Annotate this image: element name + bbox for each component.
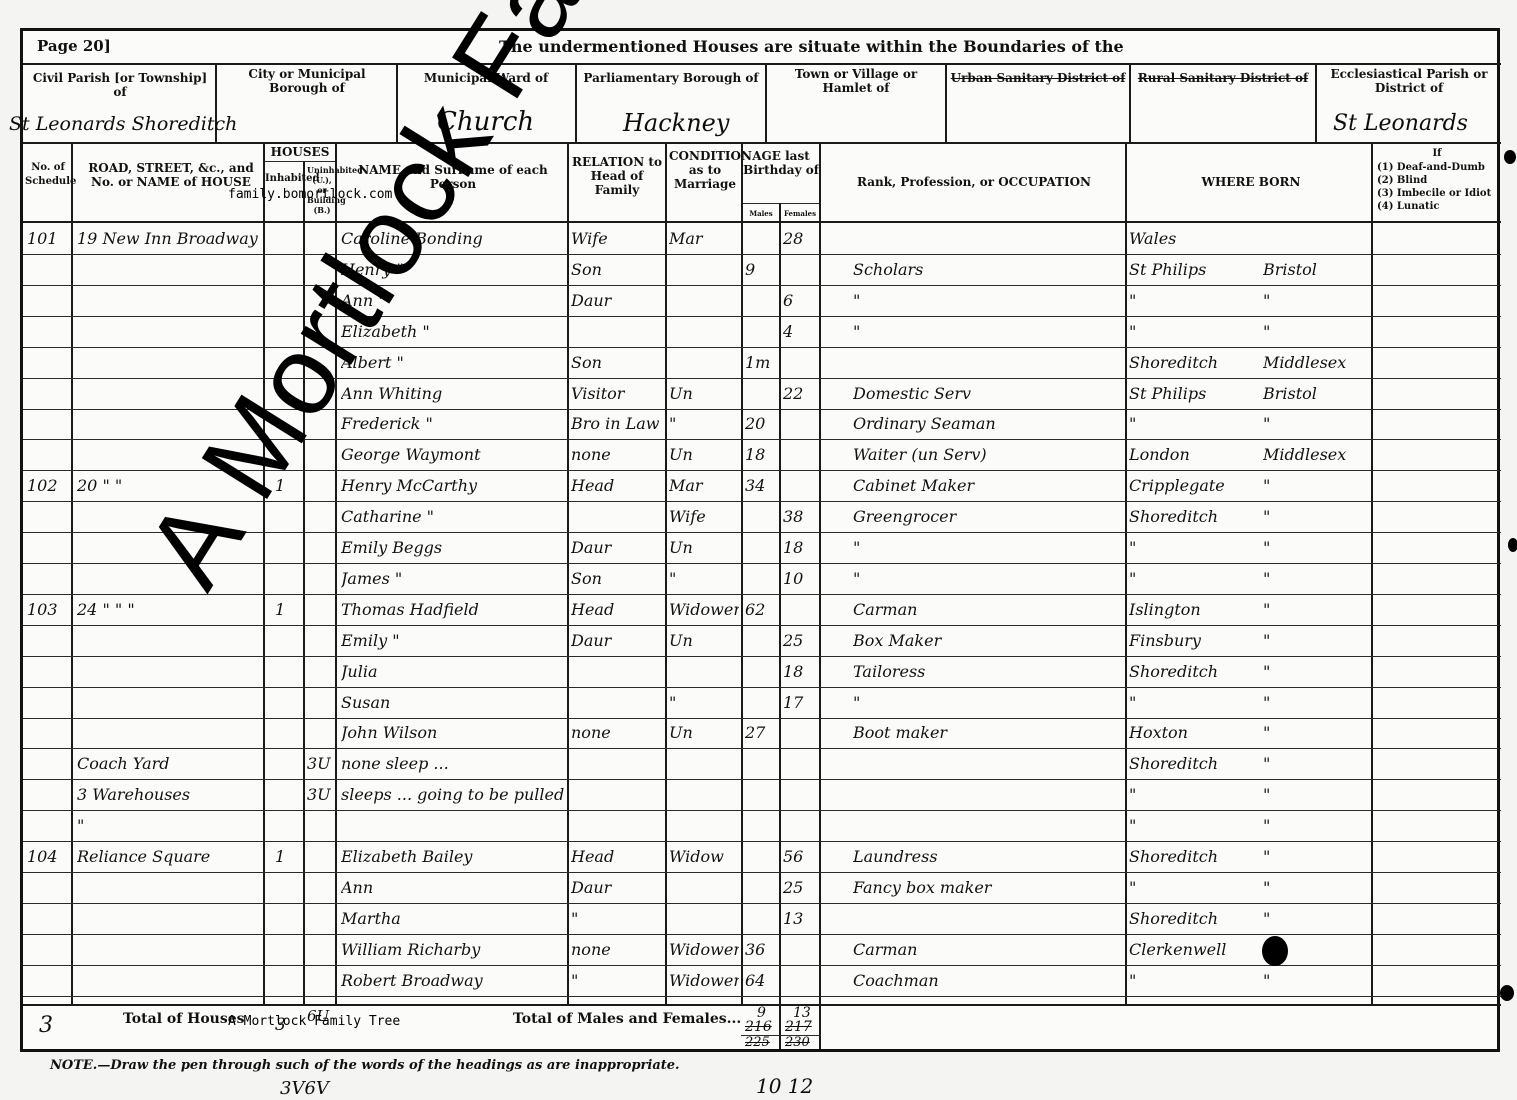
- row-born-county: Bristol: [1263, 384, 1369, 403]
- col-houses: HOUSES: [265, 145, 335, 159]
- row-age-male: 27: [745, 723, 777, 742]
- row-occupation: ": [853, 569, 1123, 588]
- row-occupation: Greengrocer: [853, 507, 1123, 526]
- row-name: Julia: [341, 662, 565, 681]
- footnote: NOTE.—Draw the pen through such of the w…: [50, 1058, 680, 1073]
- row-born-county: ": [1263, 662, 1369, 681]
- row-occupation: Box Maker: [853, 631, 1123, 650]
- row-born-place: ": [1129, 291, 1259, 310]
- row-age-female: 6: [783, 291, 817, 310]
- row-relation: Bro in Law: [571, 414, 663, 433]
- row-uninhabited: 3U: [307, 785, 333, 804]
- row-name: Susan: [341, 693, 565, 712]
- row-occupation: ": [853, 538, 1123, 557]
- row-condition: ": [669, 693, 739, 712]
- row-relation: none: [571, 940, 663, 959]
- table-row: Ann "Daur6""": [23, 287, 1503, 317]
- ink-blot: [1508, 538, 1517, 552]
- row-born-place: Wales: [1129, 229, 1259, 248]
- row-born-county: ": [1263, 847, 1369, 866]
- row-relation: Head: [571, 600, 663, 619]
- row-road: Reliance Square: [77, 847, 261, 866]
- table-row: Emily BeggsDaurUn18""": [23, 534, 1503, 564]
- row-condition: Widower: [669, 600, 739, 619]
- row-age-female: 17: [783, 693, 817, 712]
- row-condition: Un: [669, 384, 739, 403]
- row-age-male: 1m: [745, 353, 777, 372]
- row-age-male: 64: [745, 971, 777, 990]
- row-relation: none: [571, 445, 663, 464]
- row-born-county: Middlesex: [1263, 353, 1369, 372]
- row-name: Ann: [341, 878, 565, 897]
- row-born-place: London: [1129, 445, 1259, 464]
- row-schedule: 104: [27, 847, 67, 866]
- row-condition: Un: [669, 538, 739, 557]
- totals-females-cumulative: 230: [785, 1035, 810, 1050]
- table-row: Coach Yard3Unone sleep ...Shoreditch": [23, 750, 1503, 780]
- row-born-place: Shoreditch: [1129, 754, 1259, 773]
- page-number: Page 20]: [37, 37, 111, 55]
- row-born-place: ": [1129, 816, 1259, 835]
- table-row: 10119 New Inn BroadwayCaroline BondingWi…: [23, 225, 1503, 255]
- row-born-place: Shoreditch: [1129, 909, 1259, 928]
- row-condition: ": [669, 414, 739, 433]
- row-born-county: ": [1263, 878, 1369, 897]
- row-born-county: Middlesex: [1263, 445, 1369, 464]
- col-age: AGE last Birthday of: [743, 149, 819, 177]
- row-name: James ": [341, 569, 565, 588]
- row-age-male: 18: [745, 445, 777, 464]
- district-value-ward: Church: [437, 107, 534, 137]
- row-age-male: 34: [745, 476, 777, 495]
- row-condition: Wife: [669, 507, 739, 526]
- row-condition: ": [669, 569, 739, 588]
- row-condition: Widow: [669, 847, 739, 866]
- footer-mark-left: 3V6V: [280, 1078, 329, 1099]
- row-inhabited: 1: [275, 600, 301, 619]
- site-watermark: family.bomortlock.com: [228, 187, 392, 202]
- row-name: Martha: [341, 909, 565, 928]
- row-road: 20 " ": [77, 476, 261, 495]
- district-label-parliamentary: Parliamentary Borough of: [579, 71, 763, 85]
- row-born-place: ": [1129, 538, 1259, 557]
- table-row: Martha"13Shoreditch": [23, 905, 1503, 935]
- district-label-urban: Urban Sanitary District of: [949, 71, 1127, 85]
- row-relation: Daur: [571, 291, 663, 310]
- row-name: Ann ": [341, 291, 565, 310]
- table-row: 10324 " " "1Thomas HadfieldHeadWidower62…: [23, 596, 1503, 626]
- row-born-place: Cripplegate: [1129, 476, 1259, 495]
- row-age-female: 25: [783, 631, 817, 650]
- row-condition: Widower: [669, 971, 739, 990]
- table-row: AnnDaur25Fancy box maker"": [23, 874, 1503, 904]
- table-row: Elizabeth "4""": [23, 318, 1503, 348]
- row-occupation: Fancy box maker: [853, 878, 1123, 897]
- row-schedule: 103: [27, 600, 67, 619]
- col-inhabited: Inhabited: [265, 173, 303, 184]
- row-name: Robert Broadway: [341, 971, 565, 990]
- row-born-county: Bristol: [1263, 260, 1369, 279]
- row-born-county: ": [1263, 754, 1369, 773]
- row-born-place: St Philips: [1129, 384, 1259, 403]
- col-condition: CONDITION as to Marriage: [669, 149, 741, 191]
- col-infirmity-if: If: [1375, 147, 1499, 161]
- infirmity-3: (3) Imbecile or Idiot: [1377, 187, 1491, 200]
- table-row: Robert Broadway"Widower64Coachman"": [23, 967, 1503, 997]
- col-occupation: Rank, Profession, or OCCUPATION: [823, 175, 1125, 189]
- row-born-place: ": [1129, 878, 1259, 897]
- row-born-place: Shoreditch: [1129, 353, 1259, 372]
- row-occupation: Carman: [853, 940, 1123, 959]
- row-occupation: Carman: [853, 600, 1123, 619]
- row-relation: Head: [571, 847, 663, 866]
- row-occupation: ": [853, 322, 1123, 341]
- row-born-place: Islington: [1129, 600, 1259, 619]
- row-born-county: ": [1263, 816, 1369, 835]
- ink-blot: [1504, 150, 1516, 164]
- row-occupation: Waiter (un Serv): [853, 445, 1123, 464]
- table-row: James "Son"10""": [23, 565, 1503, 595]
- district-label-ward: Municipal Ward of: [399, 71, 573, 85]
- table-row: George WaymontnoneUn18Waiter (un Serv)Lo…: [23, 441, 1503, 471]
- row-condition: Un: [669, 723, 739, 742]
- row-relation: none: [571, 723, 663, 742]
- row-born-county: ": [1263, 723, 1369, 742]
- row-occupation: ": [853, 291, 1123, 310]
- table-row: 104Reliance Square1Elizabeth BaileyHeadW…: [23, 843, 1503, 873]
- row-occupation: Tailoress: [853, 662, 1123, 681]
- district-value-parliamentary: Hackney: [623, 109, 729, 137]
- row-born-county: ": [1263, 414, 1369, 433]
- row-born-county: ": [1263, 476, 1369, 495]
- table-row: 10220 " "1Henry McCarthyHeadMar34Cabinet…: [23, 472, 1503, 502]
- row-condition: Un: [669, 631, 739, 650]
- row-road: Coach Yard: [77, 754, 261, 773]
- row-age-female: 4: [783, 322, 817, 341]
- row-born-county: ": [1263, 971, 1369, 990]
- row-inhabited: 1: [275, 476, 301, 495]
- row-occupation: Coachman: [853, 971, 1123, 990]
- totals-males-cumulative: 225: [745, 1035, 770, 1050]
- table-row: Albert "Son1mShoreditchMiddlesex: [23, 349, 1503, 379]
- table-row: Henry "Son9ScholarsSt PhilipsBristol: [23, 256, 1503, 286]
- row-age-female: 56: [783, 847, 817, 866]
- row-born-place: Shoreditch: [1129, 662, 1259, 681]
- infirmity-2: (2) Blind: [1377, 174, 1491, 187]
- table-row: """: [23, 812, 1503, 842]
- row-born-place: Shoreditch: [1129, 847, 1259, 866]
- table-row: Frederick "Bro in Law"20Ordinary Seaman"…: [23, 410, 1503, 440]
- row-age-female: 10: [783, 569, 817, 588]
- table-row: Catharine "Wife38GreengrocerShoreditch": [23, 503, 1503, 533]
- row-name: Albert ": [341, 353, 565, 372]
- row-born-place: Hoxton: [1129, 723, 1259, 742]
- row-schedule: 102: [27, 476, 67, 495]
- caption-watermark: A Mortlock Family Tree: [228, 1014, 400, 1029]
- district-label-ecclesiastical: Ecclesiastical Parish or District of: [1319, 67, 1499, 95]
- row-name: Ann Whiting: [341, 384, 565, 403]
- col-relation: RELATION to Head of Family: [569, 155, 665, 197]
- row-born-county: ": [1263, 600, 1369, 619]
- row-born-county: ": [1263, 569, 1369, 588]
- row-name: Emily Beggs: [341, 538, 565, 557]
- table-row: 3 Warehouses3Usleeps ... going to be pul…: [23, 781, 1503, 811]
- row-born-place: St Philips: [1129, 260, 1259, 279]
- table-row: Ann WhitingVisitorUn22Domestic ServSt Ph…: [23, 380, 1503, 410]
- row-born-county: ": [1263, 909, 1369, 928]
- district-value-civil-parish: St Leonards Shoreditch: [9, 113, 237, 135]
- row-name: Thomas Hadfield: [341, 600, 565, 619]
- row-born-place: ": [1129, 414, 1259, 433]
- row-name: Henry McCarthy: [341, 476, 565, 495]
- row-relation: Son: [571, 353, 663, 372]
- totals-males-struck: 216: [745, 1019, 772, 1035]
- row-occupation: Boot maker: [853, 723, 1123, 742]
- table-row: John WilsonnoneUn27Boot makerHoxton": [23, 719, 1503, 749]
- row-name: Emily ": [341, 631, 565, 650]
- row-age-female: 25: [783, 878, 817, 897]
- row-relation: ": [571, 909, 663, 928]
- row-name: Elizabeth ": [341, 322, 565, 341]
- district-label-rural: Rural Sanitary District of: [1133, 71, 1313, 85]
- row-relation: Daur: [571, 538, 663, 557]
- row-name: Henry ": [341, 260, 565, 279]
- col-infirmity-list: (1) Deaf-and-Dumb (2) Blind (3) Imbecile…: [1377, 161, 1491, 213]
- row-age-male: 36: [745, 940, 777, 959]
- row-road: 19 New Inn Broadway: [77, 229, 261, 248]
- row-occupation: ": [853, 693, 1123, 712]
- row-age-male: 20: [745, 414, 777, 433]
- row-occupation: Domestic Serv: [853, 384, 1123, 403]
- census-sheet: Page 20] The undermentioned Houses are s…: [20, 28, 1500, 1052]
- row-name: Caroline Bonding: [341, 229, 565, 248]
- row-condition: Mar: [669, 476, 739, 495]
- row-born-county: ": [1263, 291, 1369, 310]
- row-age-female: 18: [783, 662, 817, 681]
- row-born-place: ": [1129, 569, 1259, 588]
- row-name: sleeps ... going to be pulled down: [341, 785, 565, 804]
- col-road: ROAD, STREET, &c., and No. or NAME of HO…: [77, 161, 265, 189]
- row-relation: Son: [571, 569, 663, 588]
- row-relation: Son: [571, 260, 663, 279]
- row-road: ": [77, 816, 261, 835]
- row-age-female: 38: [783, 507, 817, 526]
- col-schedule: No. of Schedule: [25, 161, 71, 189]
- row-name: George Waymont: [341, 445, 565, 464]
- table-row: Emily "DaurUn25Box MakerFinsbury": [23, 627, 1503, 657]
- row-age-female: 28: [783, 229, 817, 248]
- totals-females-struck: 217: [785, 1019, 812, 1035]
- row-occupation: Laundress: [853, 847, 1123, 866]
- row-born-county: ": [1263, 538, 1369, 557]
- row-age-female: 22: [783, 384, 817, 403]
- row-occupation: Ordinary Seaman: [853, 414, 1123, 433]
- ink-blot: [1500, 985, 1514, 1001]
- totals-houses-label: Total of Houses: [123, 1011, 245, 1027]
- row-name: John Wilson: [341, 723, 565, 742]
- table-row: Julia18TailoressShoreditch": [23, 658, 1503, 688]
- row-condition: Widower: [669, 940, 739, 959]
- row-age-male: 62: [745, 600, 777, 619]
- row-name: none sleep ...: [341, 754, 565, 773]
- row-name: William Richarby: [341, 940, 565, 959]
- district-label-town: Town or Village or Hamlet of: [769, 67, 943, 95]
- row-born-place: ": [1129, 971, 1259, 990]
- footer-mark-right: 10 12: [756, 1074, 813, 1098]
- infirmity-4: (4) Lunatic: [1377, 200, 1491, 213]
- col-females: Females: [781, 207, 819, 221]
- row-relation: ": [571, 971, 663, 990]
- row-relation: Wife: [571, 229, 663, 248]
- row-born-place: ": [1129, 693, 1259, 712]
- totals-schedule-mark: 3: [39, 1013, 53, 1038]
- ink-blot: [1262, 936, 1288, 966]
- district-label-civil-parish: Civil Parish [or Township] of: [27, 71, 213, 99]
- row-condition: Mar: [669, 229, 739, 248]
- page-title: The undermentioned Houses are situate wi…: [499, 37, 1124, 56]
- row-born-county: ": [1263, 322, 1369, 341]
- row-schedule: 101: [27, 229, 67, 248]
- row-age-female: 13: [783, 909, 817, 928]
- row-occupation: Scholars: [853, 260, 1123, 279]
- row-born-county: ": [1263, 785, 1369, 804]
- row-born-place: Shoreditch: [1129, 507, 1259, 526]
- row-road: 24 " " ": [77, 600, 261, 619]
- row-relation: Daur: [571, 878, 663, 897]
- row-age-male: 9: [745, 260, 777, 279]
- col-where-born: WHERE BORN: [1129, 175, 1373, 189]
- row-age-female: 18: [783, 538, 817, 557]
- infirmity-1: (1) Deaf-and-Dumb: [1377, 161, 1491, 174]
- district-value-ecclesiastical: St Leonards: [1333, 111, 1468, 136]
- row-relation: Daur: [571, 631, 663, 650]
- row-born-place: ": [1129, 785, 1259, 804]
- row-born-county: ": [1263, 693, 1369, 712]
- row-uninhabited: 3U: [307, 754, 333, 773]
- row-relation: Visitor: [571, 384, 663, 403]
- row-inhabited: 1: [275, 847, 301, 866]
- row-occupation: Cabinet Maker: [853, 476, 1123, 495]
- row-name: Catharine ": [341, 507, 565, 526]
- district-label-borough: City or Municipal Borough of: [219, 67, 395, 95]
- row-road: 3 Warehouses: [77, 785, 261, 804]
- row-name: Elizabeth Bailey: [341, 847, 565, 866]
- row-born-place: ": [1129, 322, 1259, 341]
- row-name: Frederick ": [341, 414, 565, 433]
- row-born-county: ": [1263, 507, 1369, 526]
- row-relation: Head: [571, 476, 663, 495]
- row-born-place: Finsbury: [1129, 631, 1259, 650]
- row-born-county: ": [1263, 631, 1369, 650]
- table-row: Susan"17""": [23, 689, 1503, 719]
- totals-persons-label: Total of Males and Females...: [513, 1011, 741, 1027]
- col-males: Males: [743, 207, 779, 221]
- row-condition: Un: [669, 445, 739, 464]
- row-born-place: Clerkenwell: [1129, 940, 1259, 959]
